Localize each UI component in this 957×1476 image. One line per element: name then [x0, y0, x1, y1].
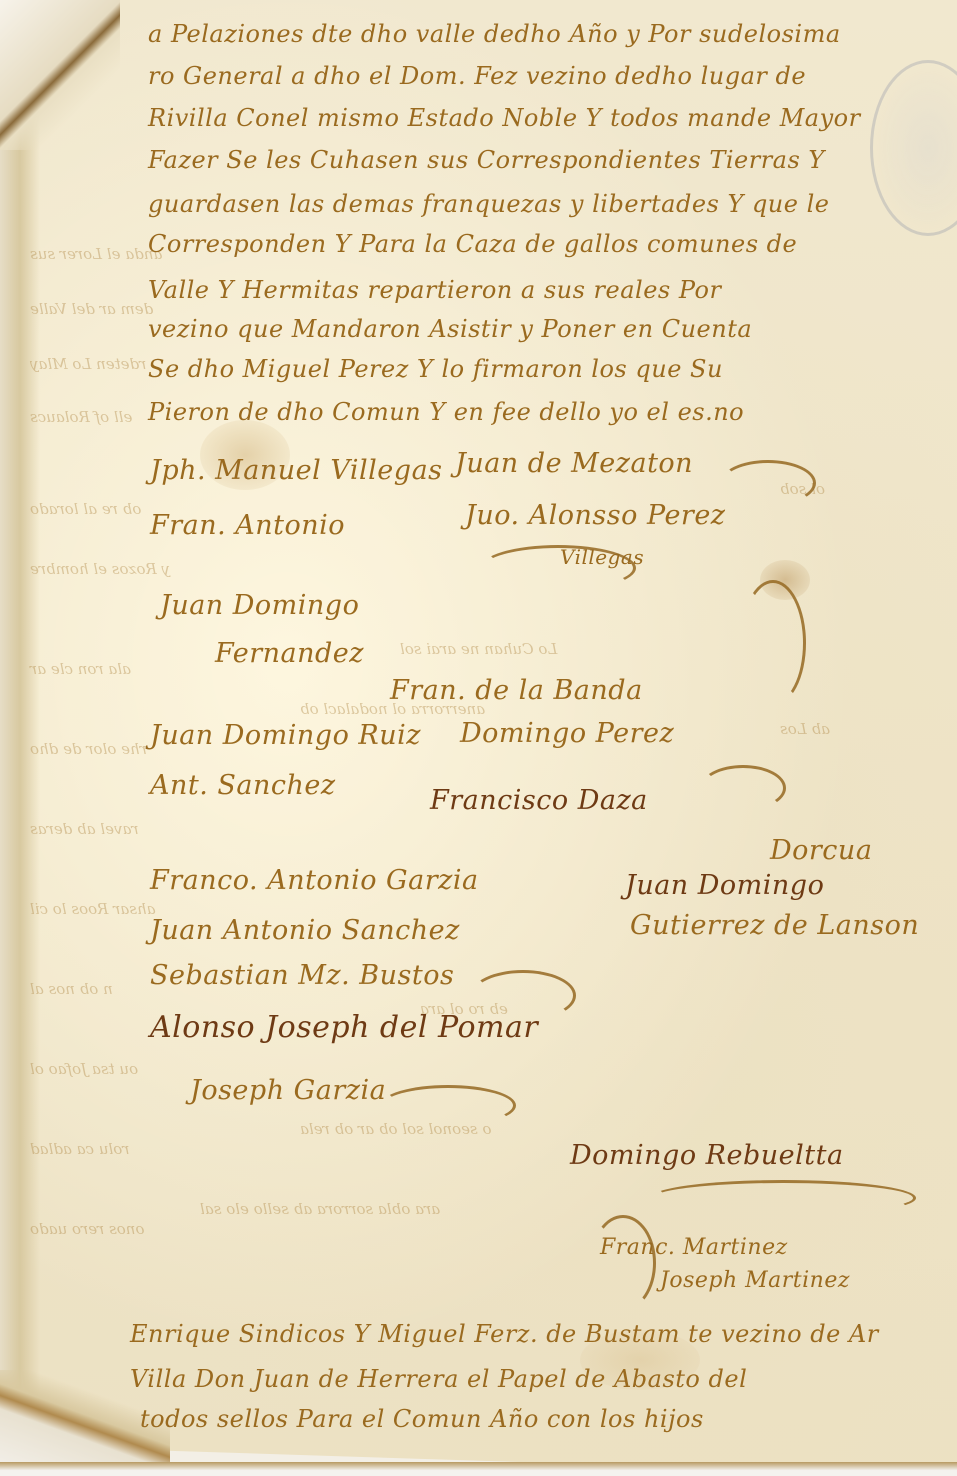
folded-corner-top-left [0, 0, 120, 150]
rubric-flourish-icon [650, 1180, 916, 1216]
body-line-7: Valle Y Hermitas repartieron a sus reale… [148, 276, 721, 304]
bleed-through-text: ou tsa Jofao ol [30, 1060, 138, 1078]
signature: Joseph Martinez [660, 1268, 850, 1293]
body-line-8: vezino que Mandaron Asistir y Poner en C… [148, 315, 752, 343]
closing-line-2: Villa Don Juan de Herrera el Papel de Ab… [130, 1365, 747, 1393]
signature: Sebastian Mz. Bustos [150, 960, 454, 991]
bleed-through-text: dem ar del Valle [30, 300, 153, 318]
signature: Joseph Garzia [190, 1075, 386, 1106]
bleed-through-text: ala ron cle ar [30, 660, 131, 678]
bleed-through-text: Lo Cuhan ne arai sol [400, 640, 557, 658]
signature: Juo. Alonsso Perez [465, 500, 726, 531]
body-line-9: Se dho Miguel Perez Y lo firmaron los qu… [148, 355, 723, 383]
bleed-through-text: rolu ca adlad [30, 1140, 129, 1158]
body-line-5: guardasen las demas franquezas y liberta… [148, 190, 829, 218]
rubric-flourish-icon [590, 1215, 656, 1311]
signature: Fran. Antonio [150, 510, 345, 541]
closing-line-1: Enrique Sindicos Y Miguel Ferz. de Busta… [130, 1320, 879, 1348]
bleed-through-text: y Rozos el hombre [30, 560, 170, 578]
bleed-through-text: ob re al lorado [30, 500, 141, 518]
signature: Jph. Manuel Villegas [150, 455, 443, 486]
signature: Ant. Sanchez [150, 770, 336, 801]
signature: Juan Domingo [625, 870, 824, 901]
rubric-flourish-icon [480, 545, 636, 591]
signature: Domingo Perez [460, 718, 674, 749]
signature: Juan Antonio Sanchez [150, 915, 460, 946]
signature: Francisco Daza [430, 785, 648, 816]
body-line-2: ro General a dho el Dom. Fez vezino dedh… [148, 62, 806, 90]
signature: Fran. de la Banda [390, 675, 643, 706]
signature: Gutierrez de Lanson [630, 910, 919, 941]
signature: Franco. Antonio Garzia [150, 865, 479, 896]
body-line-3: Rivilla Conel mismo Estado Noble Y todos… [148, 104, 861, 132]
bleed-through-text: n ob nos al [30, 980, 113, 998]
body-line-6: Corresponden Y Para la Caza de gallos co… [148, 230, 797, 258]
bleed-through-text: onos rero uado [30, 1220, 144, 1238]
signature: Juan Domingo Ruiz [150, 720, 421, 751]
rubric-flourish-icon [380, 1085, 516, 1126]
rubric-flourish-icon [700, 765, 786, 811]
signature: Juan Domingo [160, 590, 359, 621]
signature: Domingo Rebueltta [570, 1140, 844, 1171]
page-left-edge [0, 0, 40, 1476]
signature: Dorcua [770, 835, 872, 866]
signature: Fernandez [215, 638, 364, 669]
signature: Juan de Mezaton [455, 448, 693, 479]
rubric-flourish-icon [720, 460, 816, 506]
rubric-flourish-icon [740, 580, 806, 706]
signature: Alonso Joseph del Pomar [150, 1010, 538, 1045]
bleed-through-text: ravel ab deras [30, 820, 139, 838]
page-bottom-edge [0, 1462, 957, 1476]
bleed-through-text: rhe olor de dho [30, 740, 147, 758]
bleed-through-text: ell of Rolaucs [30, 408, 132, 426]
bleed-through-text: ahsar Roos lo cil [30, 900, 156, 918]
closing-line-3: todos sellos Para el Comun Año con los h… [140, 1405, 704, 1433]
bleed-through-text: ab Los [780, 720, 830, 738]
bleed-through-text: rdeten Lo Mlay [30, 355, 146, 373]
bleed-through-text: ara obla sorrora ab sello elo sal [200, 1200, 440, 1218]
body-line-1: a Pelaziones dte dho valle dedho Año y P… [148, 20, 841, 48]
body-line-10: Pieron de dho Comun Y en fee dello yo el… [148, 398, 744, 426]
body-line-4: Fazer Se les Cuhasen sus Correspondiente… [148, 146, 825, 174]
bleed-through-text: anda el Lorer sus [30, 245, 162, 263]
